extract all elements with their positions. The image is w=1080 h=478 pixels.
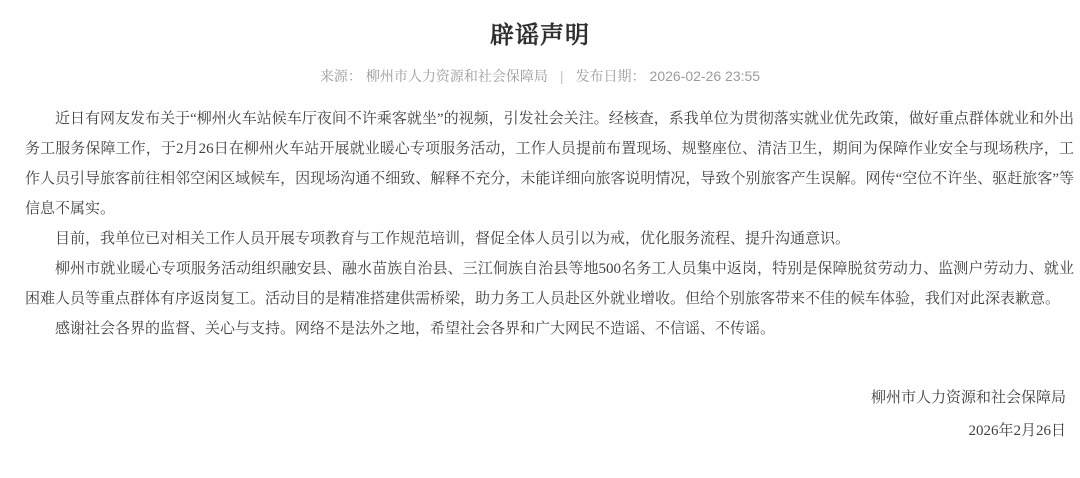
article-paragraph: 近日有网友发布关于“柳州火车站候车厅夜间不许乘客就坐”的视频，引发社会关注。经核… <box>25 104 1074 224</box>
publish-date-value: 2026-02-26 23:55 <box>650 68 761 84</box>
article-meta: 来源：柳州市人力资源和社会保障局|发布日期：2026-02-26 23:55 <box>0 66 1080 86</box>
signature-date: 2026年2月26日 <box>0 415 1066 448</box>
rumor-refutation-statement-page: 辟谣声明 来源：柳州市人力资源和社会保障局|发布日期：2026-02-26 23… <box>0 0 1080 478</box>
signature-block: 柳州市人力资源和社会保障局 2026年2月26日 <box>0 382 1080 448</box>
source-value: 柳州市人力资源和社会保障局 <box>366 68 548 84</box>
page-title: 辟谣声明 <box>0 0 1080 54</box>
article-paragraph: 感谢社会各界的监督、关心与支持。网络不是法外之地，希望社会各界和广大网民不造谣、… <box>25 314 1074 344</box>
article-body: 近日有网友发布关于“柳州火车站候车厅夜间不许乘客就坐”的视频，引发社会关注。经核… <box>0 104 1080 344</box>
publish-date-label: 发布日期： <box>576 68 646 84</box>
article-paragraph: 目前，我单位已对相关工作人员开展专项教育与工作规范培训，督促全体人员引以为戒，优… <box>25 224 1074 254</box>
signature-org: 柳州市人力资源和社会保障局 <box>0 382 1066 415</box>
article-paragraph: 柳州市就业暖心专项服务活动组织融安县、融水苗族自治县、三江侗族自治县等地500名… <box>25 254 1074 314</box>
source-label: 来源： <box>320 68 362 84</box>
meta-separator: | <box>560 66 564 86</box>
